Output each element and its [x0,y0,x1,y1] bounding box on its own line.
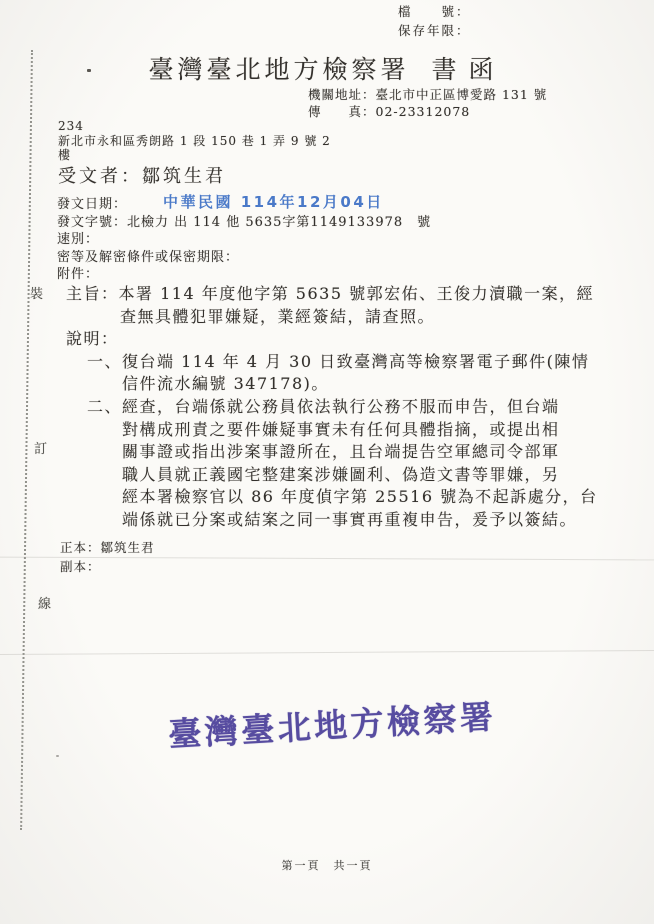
archive-box: 檔 號： 保存年限： [398,2,471,40]
document-page: 檔 號： 保存年限： 臺灣臺北地方檢察署書函 機關地址：臺北市中正區博愛路 13… [0,0,654,924]
binding-mark-zhuang: 裝 [30,283,43,302]
scan-speck [87,69,91,72]
recipient-label: 受文者： [58,166,142,187]
agency-fax: 傳 真：02-23312078 [308,103,547,120]
document-number-row: 發文字號：北檢力 出 114 他 5635字第1149133978 號 [57,214,431,232]
issuing-agency-name: 臺灣臺北地方檢察署 [148,55,409,84]
subject-line: 查無具體犯罪嫌疑，業經簽結，請查照。 [66,306,611,329]
binding-dotted-line [20,50,33,830]
binding-mark-xian: 線 [38,593,51,612]
explanation-item-1-line: 一、復台端 114 年 4 月 30 日致臺灣高等檢察署電子郵件(陳情 [66,351,611,374]
attachment-label: 附件： [57,266,431,284]
file-number-label: 檔 號： [398,2,471,21]
scan-speck [56,755,59,757]
office-seal-stamp: 臺灣臺北地方檢察署 [167,691,498,756]
explanation-item-2-line: 二、經查，台端係就公務員依法執行公務不服而申告，但台端 [66,396,611,419]
security-classification-label: 密等及解密條件或保密期限： [57,249,431,267]
recipient-postal-code: 234 [58,119,331,134]
fold-crease [0,650,654,655]
original-copy-recipient: 正本：鄒筑生君 [60,539,155,558]
recipient-address-line2: 樓 [58,148,331,163]
page-number: 第一頁 共一頁 [0,857,654,873]
issue-date-label: 發文日期： [57,197,127,212]
issue-date-row: 發文日期：中華民國 114年12月04日 [57,195,431,214]
recipient-block: 234 新北市永和區秀朗路 1 段 150 巷 1 弄 9 號 2 樓 受文者：… [58,119,331,184]
explanation-item-2-line: 職人員就正義國宅整建案涉嫌圖利、偽造文書等罪嫌，另 [66,464,611,487]
explanation-item-2-line: 端係就已分案或結案之同一事實再重複申告，爰予以簽結。 [66,509,611,532]
issue-date-stamp: 中華民國 114年12月04日 [163,194,384,212]
distribution-block: 正本：鄒筑生君 副本： [60,539,155,576]
recipient-name: 鄒筑生君 [142,166,226,187]
duplicate-copy-label: 副本： [60,558,155,577]
agency-address: 機關地址：臺北市中正區博愛路 131 號 [308,86,547,103]
retention-period-label: 保存年限： [398,21,471,40]
explanation-item-2-line: 經本署檢察官以 86 年度偵字第 25516 號為不起訴處分，台 [66,486,611,509]
explanation-item-2-line: 關事證或指出涉案事證所在，且台端提告空軍總司令部軍 [66,441,611,464]
speed-label: 速別： [57,231,431,249]
explanation-label: 說明： [66,328,611,351]
binding-mark-ding: 訂 [34,438,47,457]
subject-line: 主旨：本署 114 年度他字第 5635 號郭宏佑、王俊力瀆職一案，經 [66,283,611,306]
recipient-row: 受文者：鄒筑生君 [58,170,331,185]
letter-body: 主旨：本署 114 年度他字第 5635 號郭宏佑、王俊力瀆職一案，經 查無具體… [66,283,611,532]
agency-contact-block: 機關地址：臺北市中正區博愛路 131 號 傳 真：02-23312078 [308,86,547,120]
explanation-item-1-line: 信件流水編號 347178)。 [66,373,611,396]
explanation-item-2-line: 對構成刑責之要件嫌疑事實未有任何具體指摘，或提出相 [66,419,611,442]
document-title: 臺灣臺北地方檢察署書函 [0,50,654,86]
document-type: 書函 [432,55,506,84]
recipient-address-line1: 新北市永和區秀朗路 1 段 150 巷 1 弄 9 號 2 [58,134,331,149]
document-meta-block: 發文日期：中華民國 114年12月04日 發文字號：北檢力 出 114 他 56… [57,195,431,284]
